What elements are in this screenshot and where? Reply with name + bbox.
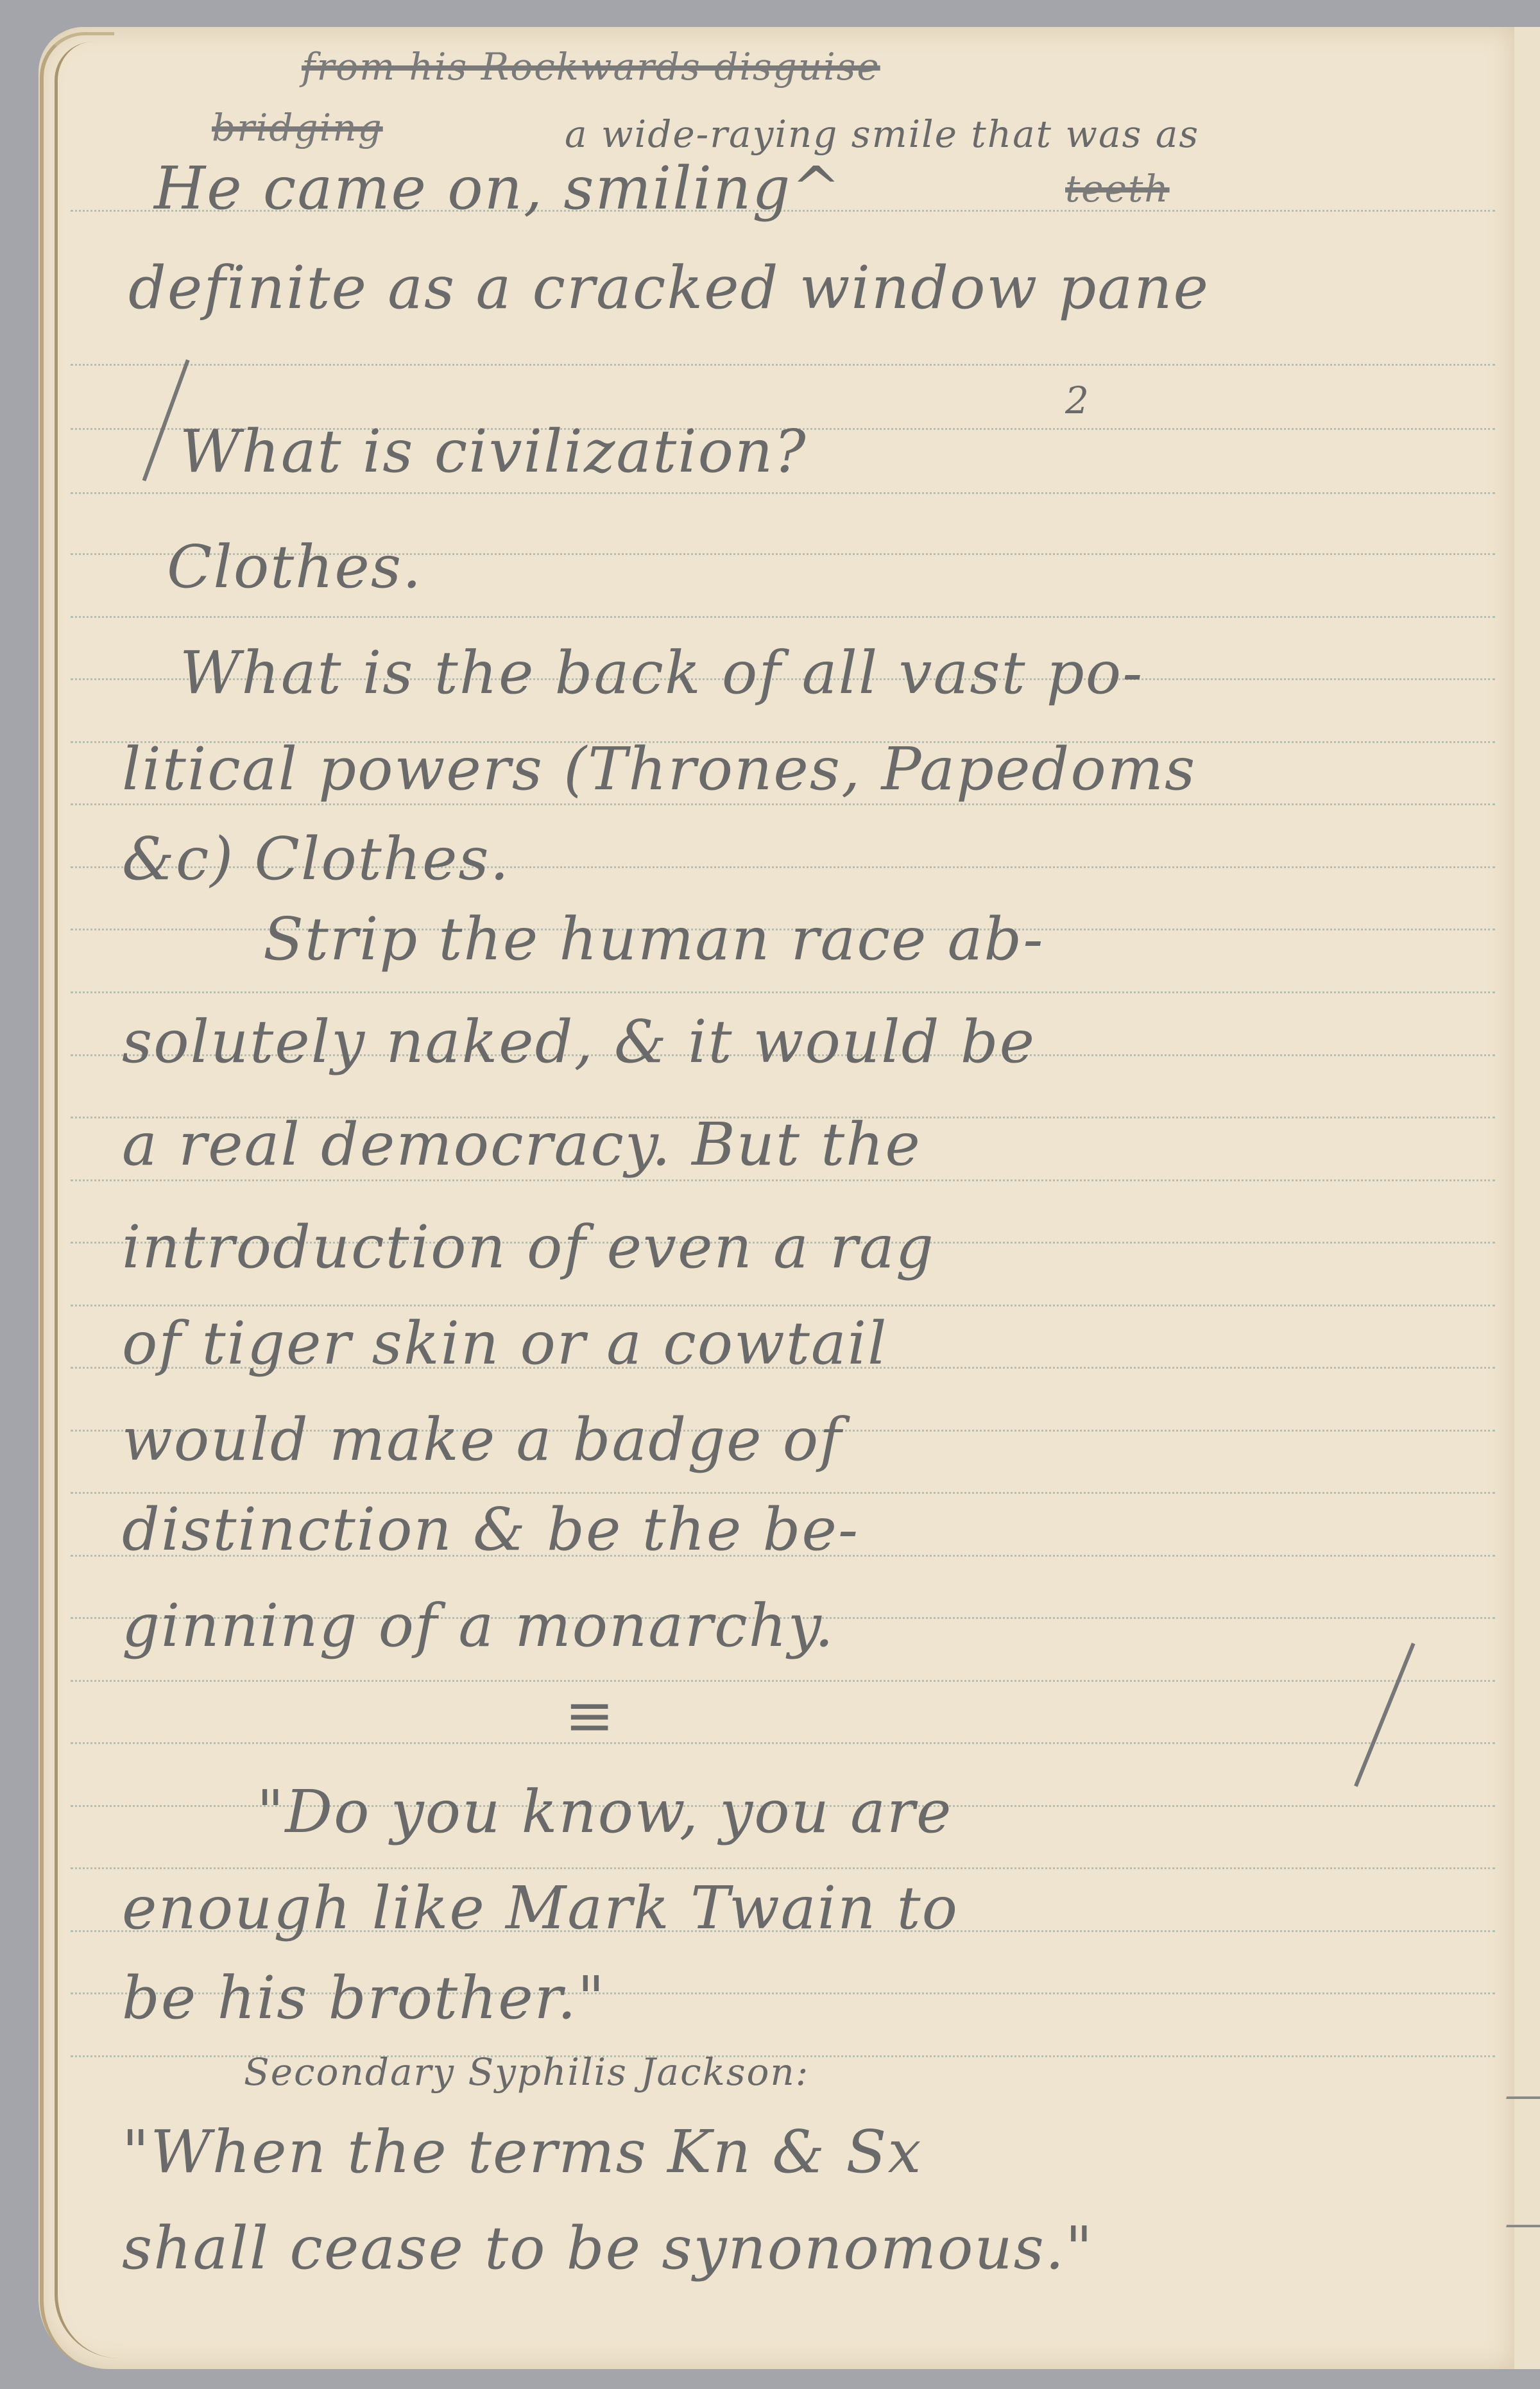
ruled-line bbox=[71, 803, 1495, 805]
line-shall-cease: shall cease to be synonomous." bbox=[122, 2214, 1093, 2282]
line-distinction: distinction & be the be- bbox=[122, 1495, 859, 1564]
line-badge: would make a badge of bbox=[122, 1405, 843, 1474]
ruled-line bbox=[71, 1867, 1495, 1869]
line-mark-twain: enough like Mark Twain to bbox=[122, 1874, 959, 1942]
line-real-democracy: a real democracy. But the bbox=[122, 1110, 921, 1179]
line-what-is-civilization: What is civilization? bbox=[180, 417, 807, 486]
line-solutely: solutely naked, & it would be bbox=[122, 1007, 1036, 1076]
line-introduction: introduction of even a rag bbox=[122, 1213, 935, 1281]
ruled-line bbox=[71, 1492, 1495, 1494]
line-he-came-on: He came on, smiling^ bbox=[154, 154, 842, 223]
ruled-line bbox=[71, 1305, 1495, 1306]
line-political-powers: litical powers (Thrones, Papedoms bbox=[122, 735, 1196, 803]
ruled-line bbox=[71, 492, 1495, 494]
line-brother: be his brother." bbox=[122, 1964, 606, 2032]
facing-page-scribble: — bbox=[1505, 2201, 1540, 2246]
line-clothes-2: &c) Clothes. bbox=[122, 825, 510, 893]
line-definite: definite as a cracked window pane bbox=[128, 253, 1210, 322]
section-separator: ≡ bbox=[565, 1681, 615, 1750]
line-strip: Strip the human race ab- bbox=[263, 905, 1044, 973]
struck-word-bridging: bridging bbox=[212, 106, 383, 150]
inserted-phrase: a wide-raying smile that was as bbox=[565, 112, 1199, 156]
ruled-line bbox=[71, 1680, 1495, 1682]
ruled-line bbox=[71, 616, 1495, 618]
ruled-line bbox=[71, 1179, 1495, 1181]
struck-insert: teeth bbox=[1065, 167, 1170, 210]
struck-line-top: from his Rockwards disguise bbox=[302, 45, 880, 89]
page-stack-edge-inner bbox=[55, 42, 122, 2358]
facing-page-scribble: — bbox=[1505, 2073, 1540, 2118]
ruled-line bbox=[71, 991, 1495, 993]
line-do-you-know: "Do you know, you are bbox=[257, 1777, 952, 1846]
line-what-is-back: What is the back of all vast po- bbox=[180, 638, 1143, 707]
line-monarchy: ginning of a monarchy. bbox=[122, 1591, 835, 1660]
line-secondary-syphilis: Secondary Syphilis Jackson: bbox=[244, 2050, 809, 2094]
superscript-mark: 2 bbox=[1065, 379, 1090, 422]
line-when-the-terms: "When the terms Kn & Sx bbox=[122, 2118, 922, 2186]
line-tiger-skin: of tiger skin or a cowtail bbox=[122, 1309, 888, 1378]
line-clothes: Clothes. bbox=[167, 533, 422, 601]
ruled-line bbox=[71, 1742, 1495, 1744]
ruled-line bbox=[71, 364, 1495, 366]
